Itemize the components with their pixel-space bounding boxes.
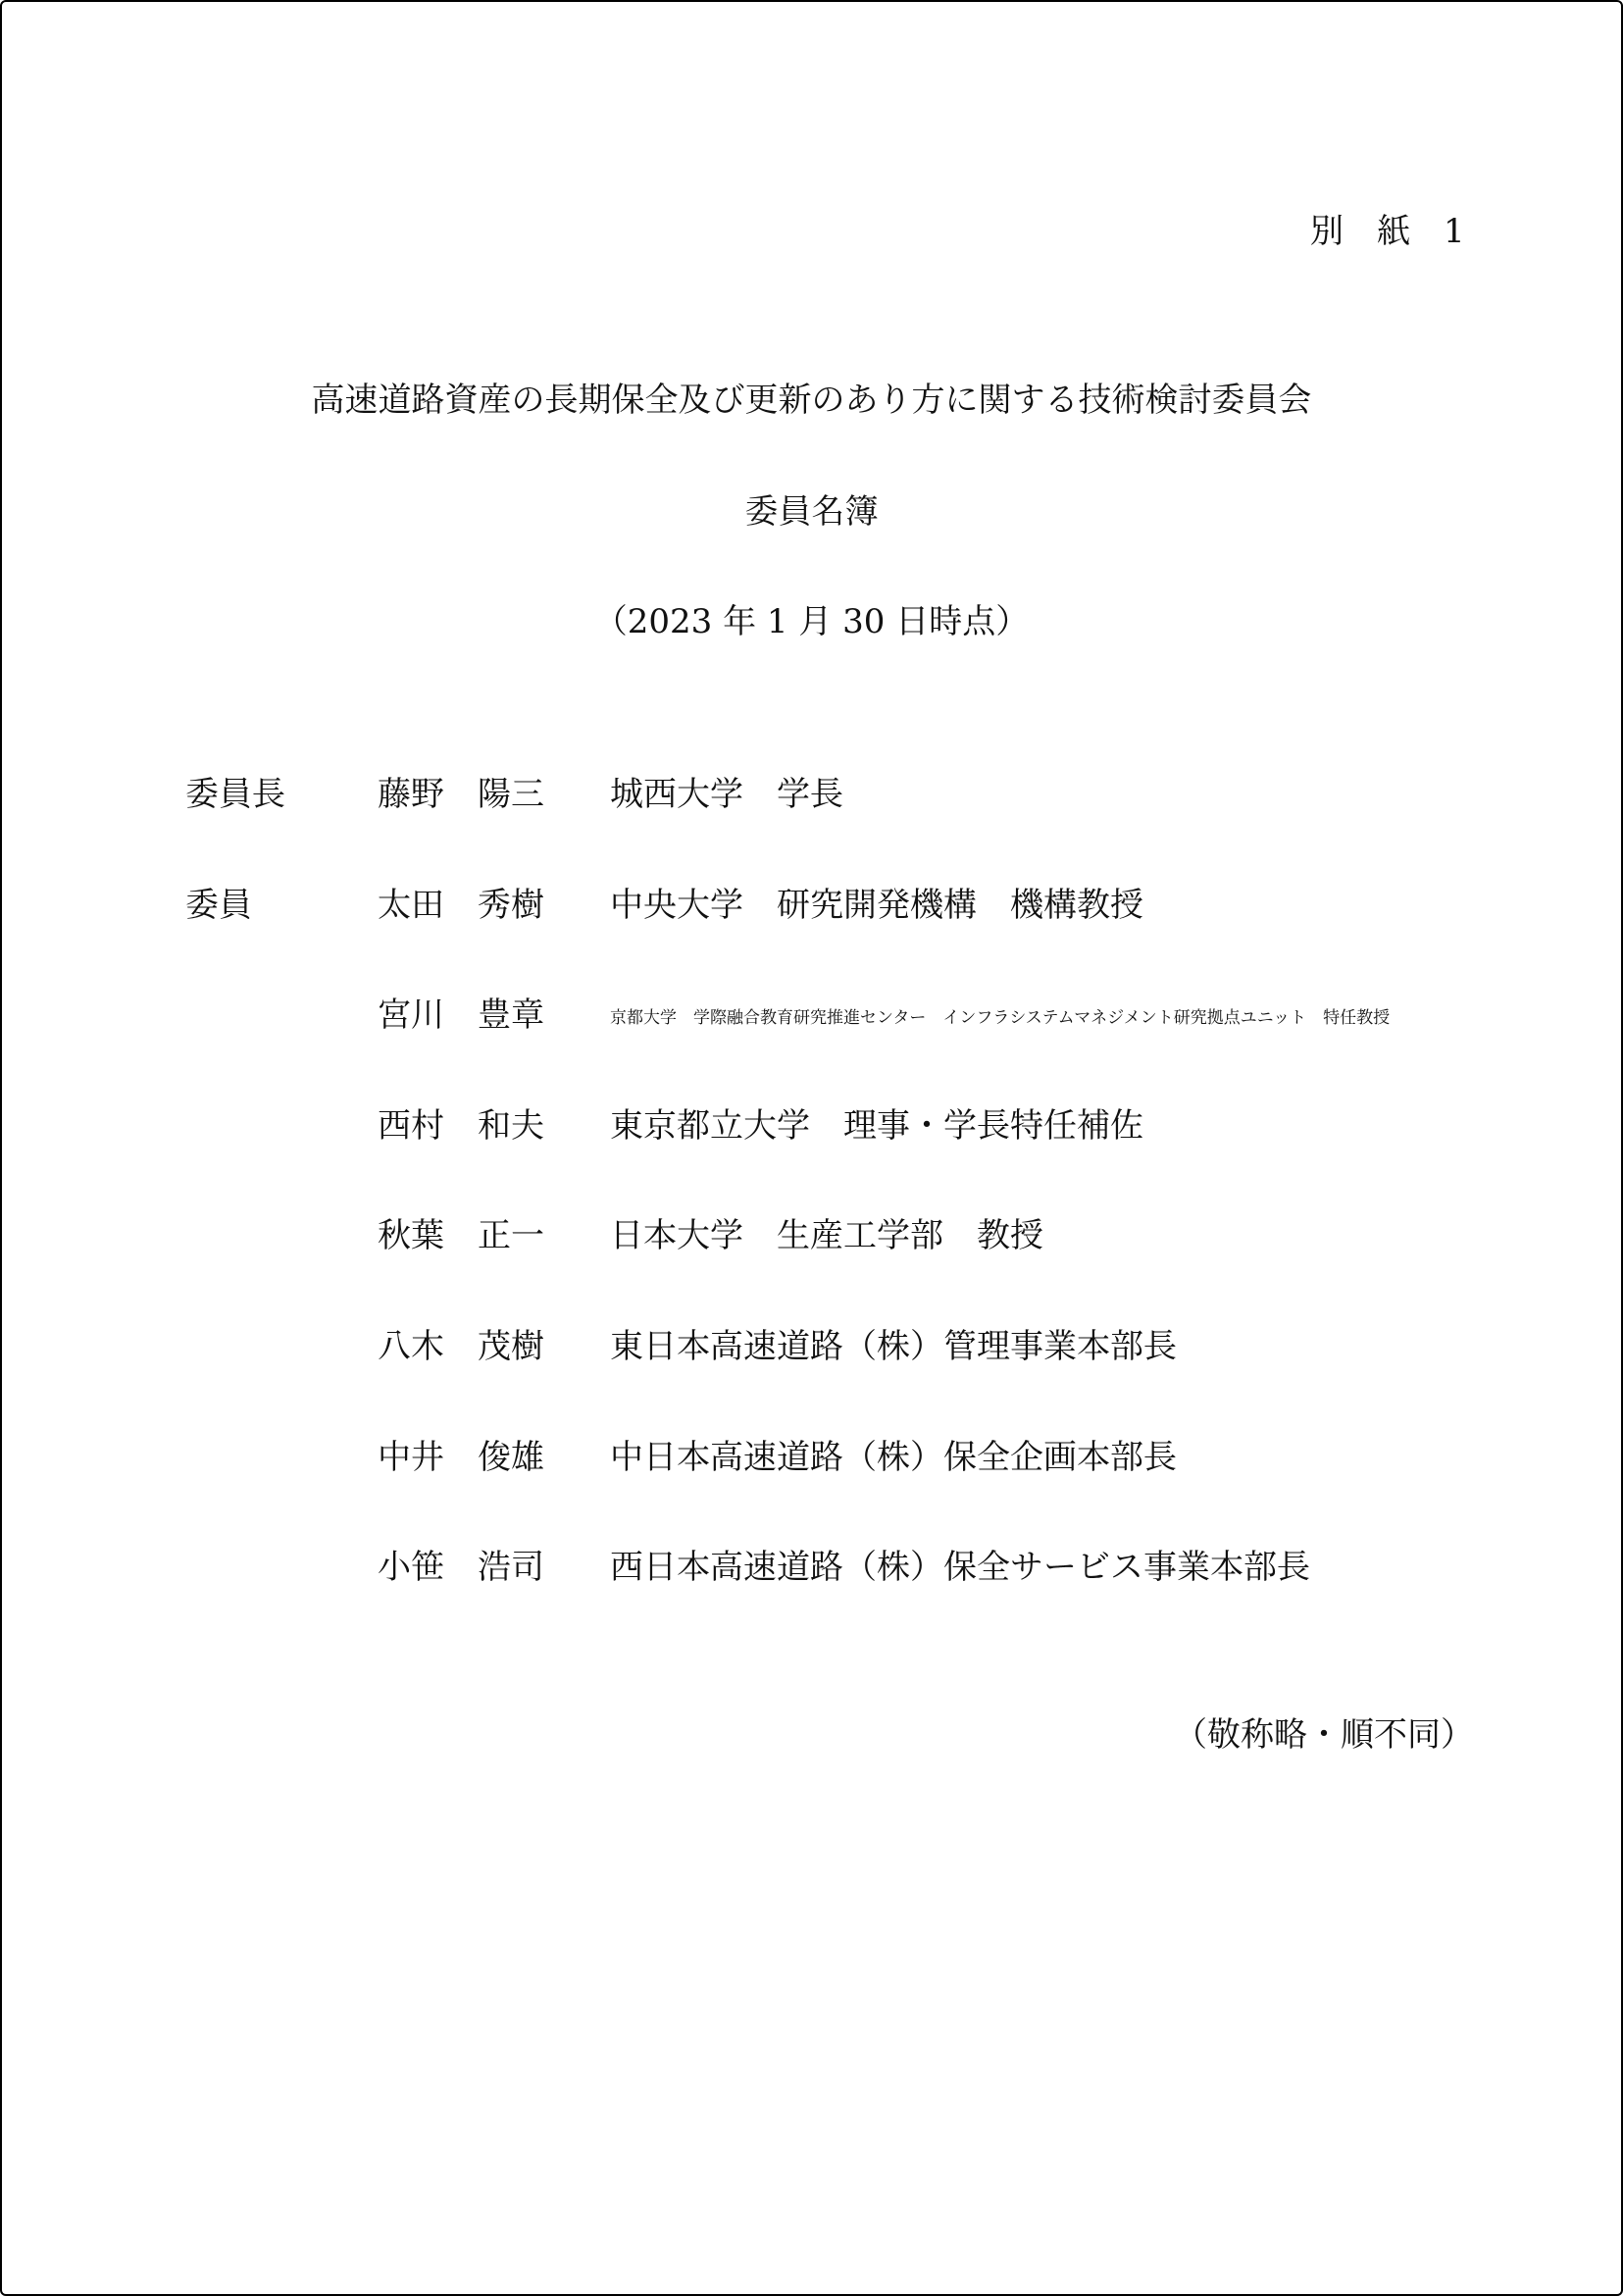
member-affiliation: 中日本高速道路（株）保全企画本部長 bbox=[610, 1438, 1177, 1477]
member-row: 宮川 豊章 京都大学 学際融合教育研究推進センター インフラシステムマネジメント… bbox=[2, 995, 1621, 1039]
member-row: 委員 太田 秀樹 中央大学 研究開発機構 機構教授 bbox=[2, 886, 1621, 929]
member-affiliation: 城西大学 学長 bbox=[610, 775, 843, 814]
member-list: 委員長 藤野 陽三 城西大学 学長 委員 太田 秀樹 中央大学 研究開発機構 機… bbox=[2, 775, 1621, 1707]
footer-honorifics-note: （敬称略・順不同） bbox=[1174, 1714, 1474, 1756]
member-affiliation: 西日本高速道路（株）保全サービス事業本部長 bbox=[610, 1548, 1310, 1587]
member-row: 西村 和夫 東京都立大学 理事・学長特任補佐 bbox=[2, 1106, 1621, 1149]
document-title: 高速道路資産の長期保全及び更新のあり方に関する技術検討委員会 bbox=[2, 380, 1621, 421]
member-role: 委員 bbox=[185, 886, 252, 925]
document-subtitle: 委員名簿 bbox=[2, 491, 1621, 533]
member-row: 八木 茂樹 東日本高速道路（株）管理事業本部長 bbox=[2, 1327, 1621, 1370]
member-affiliation: 中央大学 研究開発機構 機構教授 bbox=[610, 886, 1143, 925]
member-row: 委員長 藤野 陽三 城西大学 学長 bbox=[2, 775, 1621, 818]
member-name: 秋葉 正一 bbox=[378, 1216, 544, 1255]
attachment-label: 別 紙 1 bbox=[1310, 212, 1465, 251]
member-name: 中井 俊雄 bbox=[378, 1438, 544, 1477]
document-page: 別 紙 1 高速道路資産の長期保全及び更新のあり方に関する技術検討委員会 委員名… bbox=[0, 0, 1623, 2296]
member-name: 小笹 浩司 bbox=[378, 1548, 544, 1587]
member-name: 藤野 陽三 bbox=[378, 775, 544, 814]
member-row: 中井 俊雄 中日本高速道路（株）保全企画本部長 bbox=[2, 1438, 1621, 1481]
member-name: 宮川 豊章 bbox=[378, 995, 544, 1035]
member-affiliation: 東日本高速道路（株）管理事業本部長 bbox=[610, 1327, 1177, 1366]
member-affiliation: 日本大学 生産工学部 教授 bbox=[610, 1216, 1043, 1255]
member-affiliation: 京都大学 学際融合教育研究推進センター インフラシステムマネジメント研究拠点ユニ… bbox=[610, 1008, 1390, 1028]
member-affiliation: 東京都立大学 理事・学長特任補佐 bbox=[610, 1106, 1143, 1146]
member-row: 小笹 浩司 西日本高速道路（株）保全サービス事業本部長 bbox=[2, 1548, 1621, 1591]
member-row: 秋葉 正一 日本大学 生産工学部 教授 bbox=[2, 1216, 1621, 1259]
member-role: 委員長 bbox=[185, 775, 285, 814]
document-date-note: （2023 年 1 月 30 日時点） bbox=[2, 601, 1621, 642]
member-name: 太田 秀樹 bbox=[378, 886, 544, 925]
member-name: 八木 茂樹 bbox=[378, 1327, 544, 1366]
member-name: 西村 和夫 bbox=[378, 1106, 544, 1146]
